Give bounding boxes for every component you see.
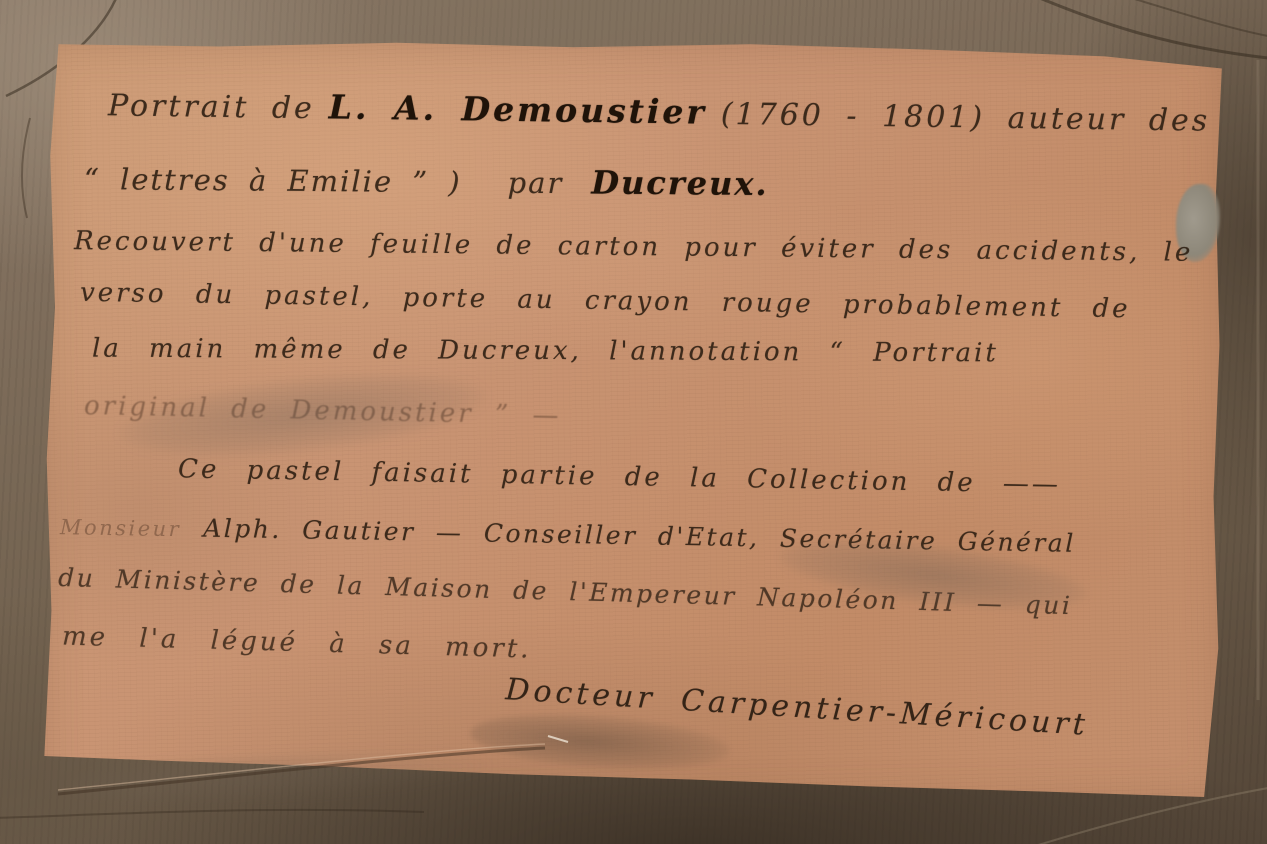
crease-scratch — [548, 736, 568, 742]
crease-highlight — [58, 744, 545, 790]
photo-note-verso: Portrait deL. A. Demoustier(1760 - 1801)… — [0, 0, 1267, 844]
crease-dark — [58, 748, 545, 794]
paper-crease-lines — [0, 0, 1267, 844]
